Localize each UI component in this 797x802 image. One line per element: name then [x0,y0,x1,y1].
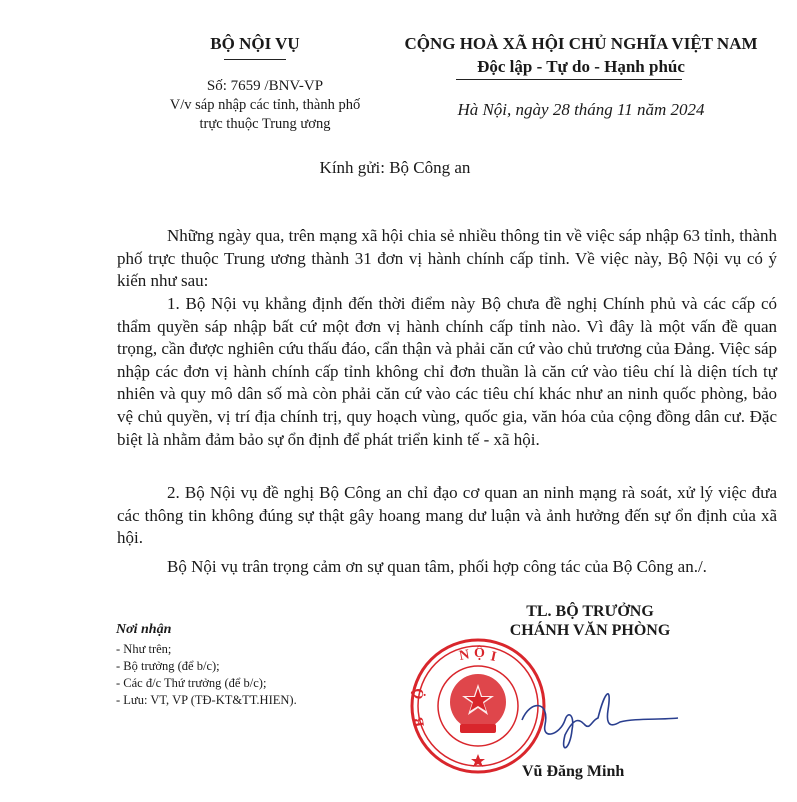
body-point-2: 2. Bộ Nội vụ đề nghị Bộ Công an chỉ đạo … [117,482,777,550]
body-point-1: 1. Bộ Nội vụ khẳng định đến thời điểm nà… [117,293,777,451]
svg-text:N: N [458,647,471,664]
signatory-title-line-2: CHÁNH VĂN PHÒNG [460,621,720,640]
body-intro: Những ngày qua, trên mạng xã hội chia sẻ… [117,225,777,293]
recipient-item: - Như trên; [116,641,297,658]
signatory-title-line-1: TL. BỘ TRƯỞNG [460,602,720,621]
recipients-title: Nơi nhận [116,622,171,638]
recipient-line: Kính gửi: Bộ Công an [150,158,640,178]
issuing-ministry: BỘ NỘI VỤ [140,34,370,54]
recipients-list: - Như trên; - Bộ trưởng (để b/c); - Các … [116,641,297,709]
body-closing: Bộ Nội vụ trân trọng cảm ơn sự quan tâm,… [117,556,777,579]
recipient-item: - Các đ/c Thứ trưởng (để b/c); [116,675,297,692]
nation-title: CỘNG HOÀ XÃ HỘI CHỦ NGHĨA VIỆT NAM [376,34,786,54]
signer-name: Vũ Đăng Minh [522,763,624,781]
national-motto: Độc lập - Tự do - Hạnh phúc [376,57,786,77]
recipient-item: - Lưu: VT, VP (TĐ-KT&TT.HIEN). [116,692,297,709]
svg-text:I: I [489,649,497,665]
subject-line-2: trực thuộc Trung ương [130,115,400,134]
handwritten-signature-icon [520,680,680,760]
signatory-title: TL. BỘ TRƯỞNG CHÁNH VĂN PHÒNG [460,602,720,640]
svg-text:Ộ: Ộ [474,644,485,661]
motto-underline [456,79,682,80]
document-number: Số: 7659 /BNV-VP [140,78,390,95]
ministry-underline [224,59,286,60]
place-date: Hà Nội, ngày 28 tháng 11 năm 2024 [376,100,786,120]
recipient-item: - Bộ trưởng (để b/c); [116,658,297,675]
subject-line-1: V/v sáp nhập các tỉnh, thành phố [130,96,400,115]
document-subject: V/v sáp nhập các tỉnh, thành phố trực th… [130,96,400,134]
svg-text:Ộ: Ộ [409,687,428,701]
